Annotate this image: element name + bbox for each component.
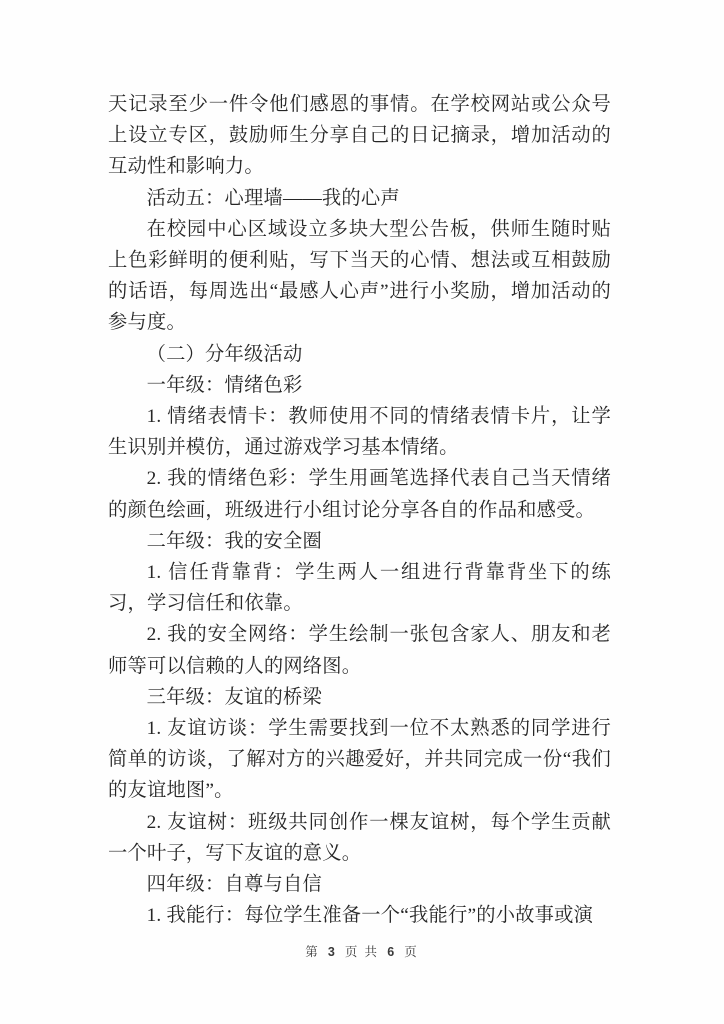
document-paragraph: 2. 我的安全网络：学生绘制一张包含家人、朋友和老师等可以信赖的人的网络图。 (108, 619, 611, 681)
document-paragraph-grade1-heading: 一年级：情绪色彩 (108, 370, 611, 401)
document-paragraph: 1. 信任背靠背：学生两人一组进行背靠背坐下的练习，学习信任和依靠。 (108, 557, 611, 619)
document-paragraph: 2. 友谊树：班级共同创作一棵友谊树，每个学生贡献一个叶子，写下友谊的意义。 (108, 807, 611, 869)
document-paragraph: 2. 我的情绪色彩：学生用画笔选择代表自己当天情绪的颜色绘画，班级进行小组讨论分… (108, 463, 611, 525)
document-paragraph: 1. 我能行：每位学生准备一个“我能行”的小故事或演 (108, 900, 611, 931)
footer-total-page-number: 6 (387, 945, 396, 959)
document-paragraph: 1. 友谊访谈：学生需要找到一位不太熟悉的同学进行简单的访谈，了解对方的兴趣爱好… (108, 713, 611, 807)
document-paragraph: 1. 情绪表情卡：教师使用不同的情绪表情卡片，让学生识别并模仿，通过游戏学习基本… (108, 401, 611, 463)
document-paragraph-grade3-heading: 三年级：友谊的桥梁 (108, 682, 611, 713)
document-paragraph-grade4-heading: 四年级：自尊与自信 (108, 869, 611, 900)
page-footer: 第 3 页 共 6 页 (0, 942, 724, 960)
document-paragraph-grade2-heading: 二年级：我的安全圈 (108, 526, 611, 557)
document-paragraph-section2-heading: （二）分年级活动 (108, 339, 611, 370)
footer-page-suffix: 页 (404, 945, 419, 959)
footer-page-middle: 页 共 (345, 945, 379, 959)
footer-current-page-number: 3 (328, 945, 337, 959)
document-paragraph: 天记录至少一件令他们感恩的事情。在学校网站或公众号上设立专区，鼓励师生分享自己的… (108, 89, 611, 183)
document-body: 天记录至少一件令他们感恩的事情。在学校网站或公众号上设立专区，鼓励师生分享自己的… (108, 89, 611, 931)
document-page: 天记录至少一件令他们感恩的事情。在学校网站或公众号上设立专区，鼓励师生分享自己的… (0, 0, 724, 1024)
footer-page-prefix: 第 (305, 945, 320, 959)
document-paragraph-activity5-heading: 活动五：心理墙——我的心声 (108, 183, 611, 214)
document-paragraph: 在校园中心区域设立多块大型公告板，供师生随时贴上色彩鲜明的便利贴，写下当天的心情… (108, 214, 611, 339)
